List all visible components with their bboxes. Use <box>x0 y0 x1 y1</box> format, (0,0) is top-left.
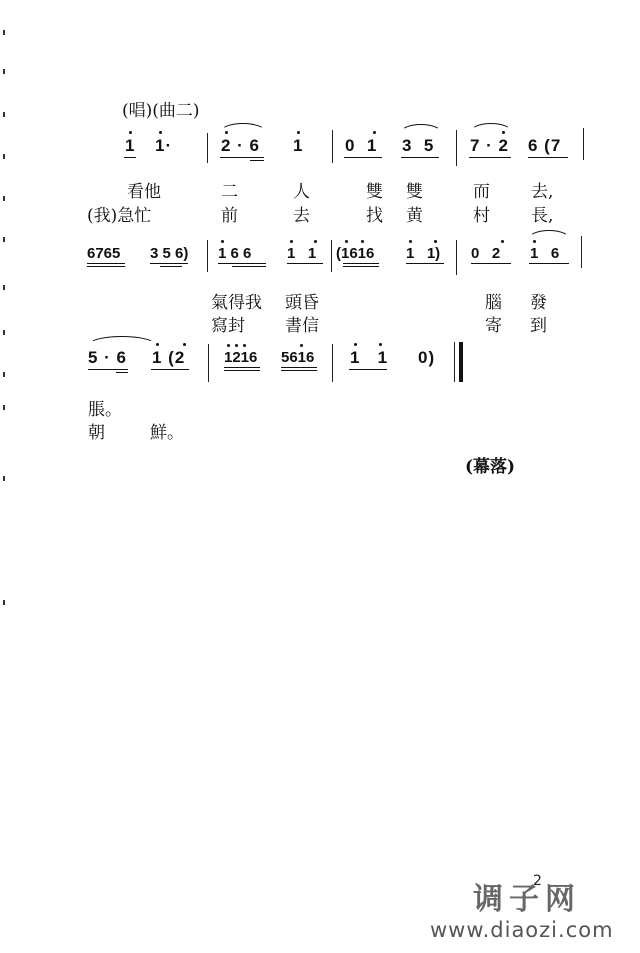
note-group: 1 1 <box>350 348 388 368</box>
octave-dot <box>227 344 230 347</box>
margin-mark <box>3 112 5 117</box>
beam-line <box>116 372 128 373</box>
octave-dot <box>297 131 300 134</box>
beam-line <box>88 369 128 370</box>
beam-line <box>220 157 264 158</box>
margin-mark <box>3 372 5 377</box>
beam-line <box>150 263 188 264</box>
note-group: 0) <box>418 348 435 368</box>
note-group: 1· <box>155 136 172 156</box>
octave-dot <box>156 343 159 346</box>
barline <box>208 344 209 382</box>
beam-line <box>87 263 125 264</box>
lyric: 去 <box>293 201 310 226</box>
barline <box>207 240 208 272</box>
final-barline-thin <box>454 342 455 382</box>
beam-line <box>250 160 264 161</box>
lyric: 脹。 <box>88 395 122 420</box>
octave-dot <box>354 343 357 346</box>
beam-line <box>151 369 189 370</box>
octave-dot <box>129 131 132 134</box>
beam-line <box>232 266 266 267</box>
lyric: 朝 <box>88 418 105 443</box>
margin-mark <box>3 196 5 201</box>
slur <box>400 124 442 133</box>
barline <box>207 133 208 163</box>
note-group: 6 (7 <box>528 136 561 156</box>
margin-mark <box>3 154 5 159</box>
barline <box>581 236 582 268</box>
barline <box>583 128 584 160</box>
margin-mark <box>3 69 5 74</box>
octave-dot <box>502 131 505 134</box>
watermark-url: www.diaozi.com <box>430 918 614 942</box>
note-group: 0 1 <box>345 136 377 156</box>
lyric: 長, <box>531 201 553 226</box>
note-group: 1 6 <box>530 245 559 262</box>
beam-line <box>281 370 317 371</box>
beam-line <box>469 157 511 158</box>
stage-direction: (幕落) <box>465 452 515 477</box>
watermark-logo: 调子网 <box>473 874 581 918</box>
section-cue: (唱)(曲二) <box>122 96 200 121</box>
beam-line <box>281 367 317 368</box>
beam-line <box>344 157 382 158</box>
octave-dot <box>345 240 348 243</box>
octave-dot <box>225 131 228 134</box>
note-group: 3 5 <box>402 136 434 156</box>
octave-dot <box>373 131 376 134</box>
note-group: 6765 <box>87 245 120 262</box>
beam-line <box>401 157 439 158</box>
octave-dot <box>290 240 293 243</box>
barline <box>332 130 333 163</box>
beam-line <box>87 266 125 267</box>
note-group: 1 (2 <box>152 348 185 368</box>
beam-line <box>287 263 323 264</box>
beam-line <box>343 266 379 267</box>
note-group: 7 · 2 <box>470 136 509 156</box>
beam-line <box>218 263 266 264</box>
lyric: 村 <box>473 201 490 226</box>
note-group: 1 <box>125 136 135 156</box>
margin-mark <box>3 330 5 335</box>
octave-dot <box>409 240 412 243</box>
lyric: (我)急忙 <box>87 201 151 226</box>
octave-dot <box>159 131 162 134</box>
octave-dot <box>314 240 317 243</box>
lyric: 找 <box>366 201 383 226</box>
beam-line <box>529 263 569 264</box>
beam-line <box>124 157 136 158</box>
lyric: 雙 <box>366 177 383 202</box>
beam-line <box>160 266 182 267</box>
lyric: 書信 <box>285 311 319 336</box>
lyric: 黄 <box>406 201 423 226</box>
note-group: 1 <box>293 136 303 156</box>
octave-dot <box>221 240 224 243</box>
octave-dot <box>300 344 303 347</box>
slur <box>88 336 156 345</box>
final-barline-thick <box>459 342 463 382</box>
margin-mark <box>3 237 5 242</box>
lyric: 看他 <box>127 177 161 202</box>
lyric: 鮮。 <box>150 418 184 443</box>
lyric: 寫封 <box>211 311 245 336</box>
note-group: 5616 <box>281 349 314 366</box>
octave-dot <box>243 344 246 347</box>
barline <box>456 130 457 166</box>
octave-dot <box>533 240 536 243</box>
beam-line <box>349 369 387 370</box>
octave-dot <box>434 240 437 243</box>
lyric: 而 <box>473 177 490 202</box>
beam-line <box>471 263 511 264</box>
lyric: 二 <box>221 177 238 202</box>
beam-line <box>406 263 444 264</box>
note-group: 3 5 6) <box>150 245 188 262</box>
lyric: 前 <box>221 201 238 226</box>
margin-mark <box>3 285 5 290</box>
lyric: 去, <box>531 177 553 202</box>
note-group: 1 1 <box>287 245 316 262</box>
barline <box>331 240 332 272</box>
note-group: 1 6 6 <box>218 245 251 262</box>
octave-dot <box>501 240 504 243</box>
lyric: 到 <box>530 311 547 336</box>
lyric: 寄 <box>485 311 502 336</box>
beam-line <box>343 263 379 264</box>
octave-dot <box>235 344 238 347</box>
margin-mark <box>3 30 5 35</box>
margin-mark <box>3 405 5 410</box>
lyric: 氣得我 <box>211 288 262 313</box>
beam-line <box>224 367 260 368</box>
lyric: 發 <box>530 288 547 313</box>
barline <box>332 344 333 382</box>
note-group: (1616 <box>336 245 374 262</box>
lyric: 腦 <box>485 288 502 313</box>
barline <box>456 240 457 275</box>
octave-dot <box>183 343 186 346</box>
note-group: 1216 <box>224 349 257 366</box>
slur <box>470 123 512 132</box>
note-group: 5 · 6 <box>88 348 127 368</box>
slur <box>528 230 570 239</box>
note-group: 1 1) <box>406 245 440 262</box>
margin-mark <box>3 600 5 605</box>
lyric: 雙 <box>406 177 423 202</box>
beam-line <box>528 157 568 158</box>
octave-dot <box>361 240 364 243</box>
note-group: 0 2 <box>471 245 500 262</box>
note-group: 2 · 6 <box>221 136 260 156</box>
lyric: 頭昏 <box>285 288 319 313</box>
margin-mark <box>3 476 5 481</box>
octave-dot <box>379 343 382 346</box>
beam-line <box>224 370 260 371</box>
lyric: 人 <box>293 177 310 202</box>
